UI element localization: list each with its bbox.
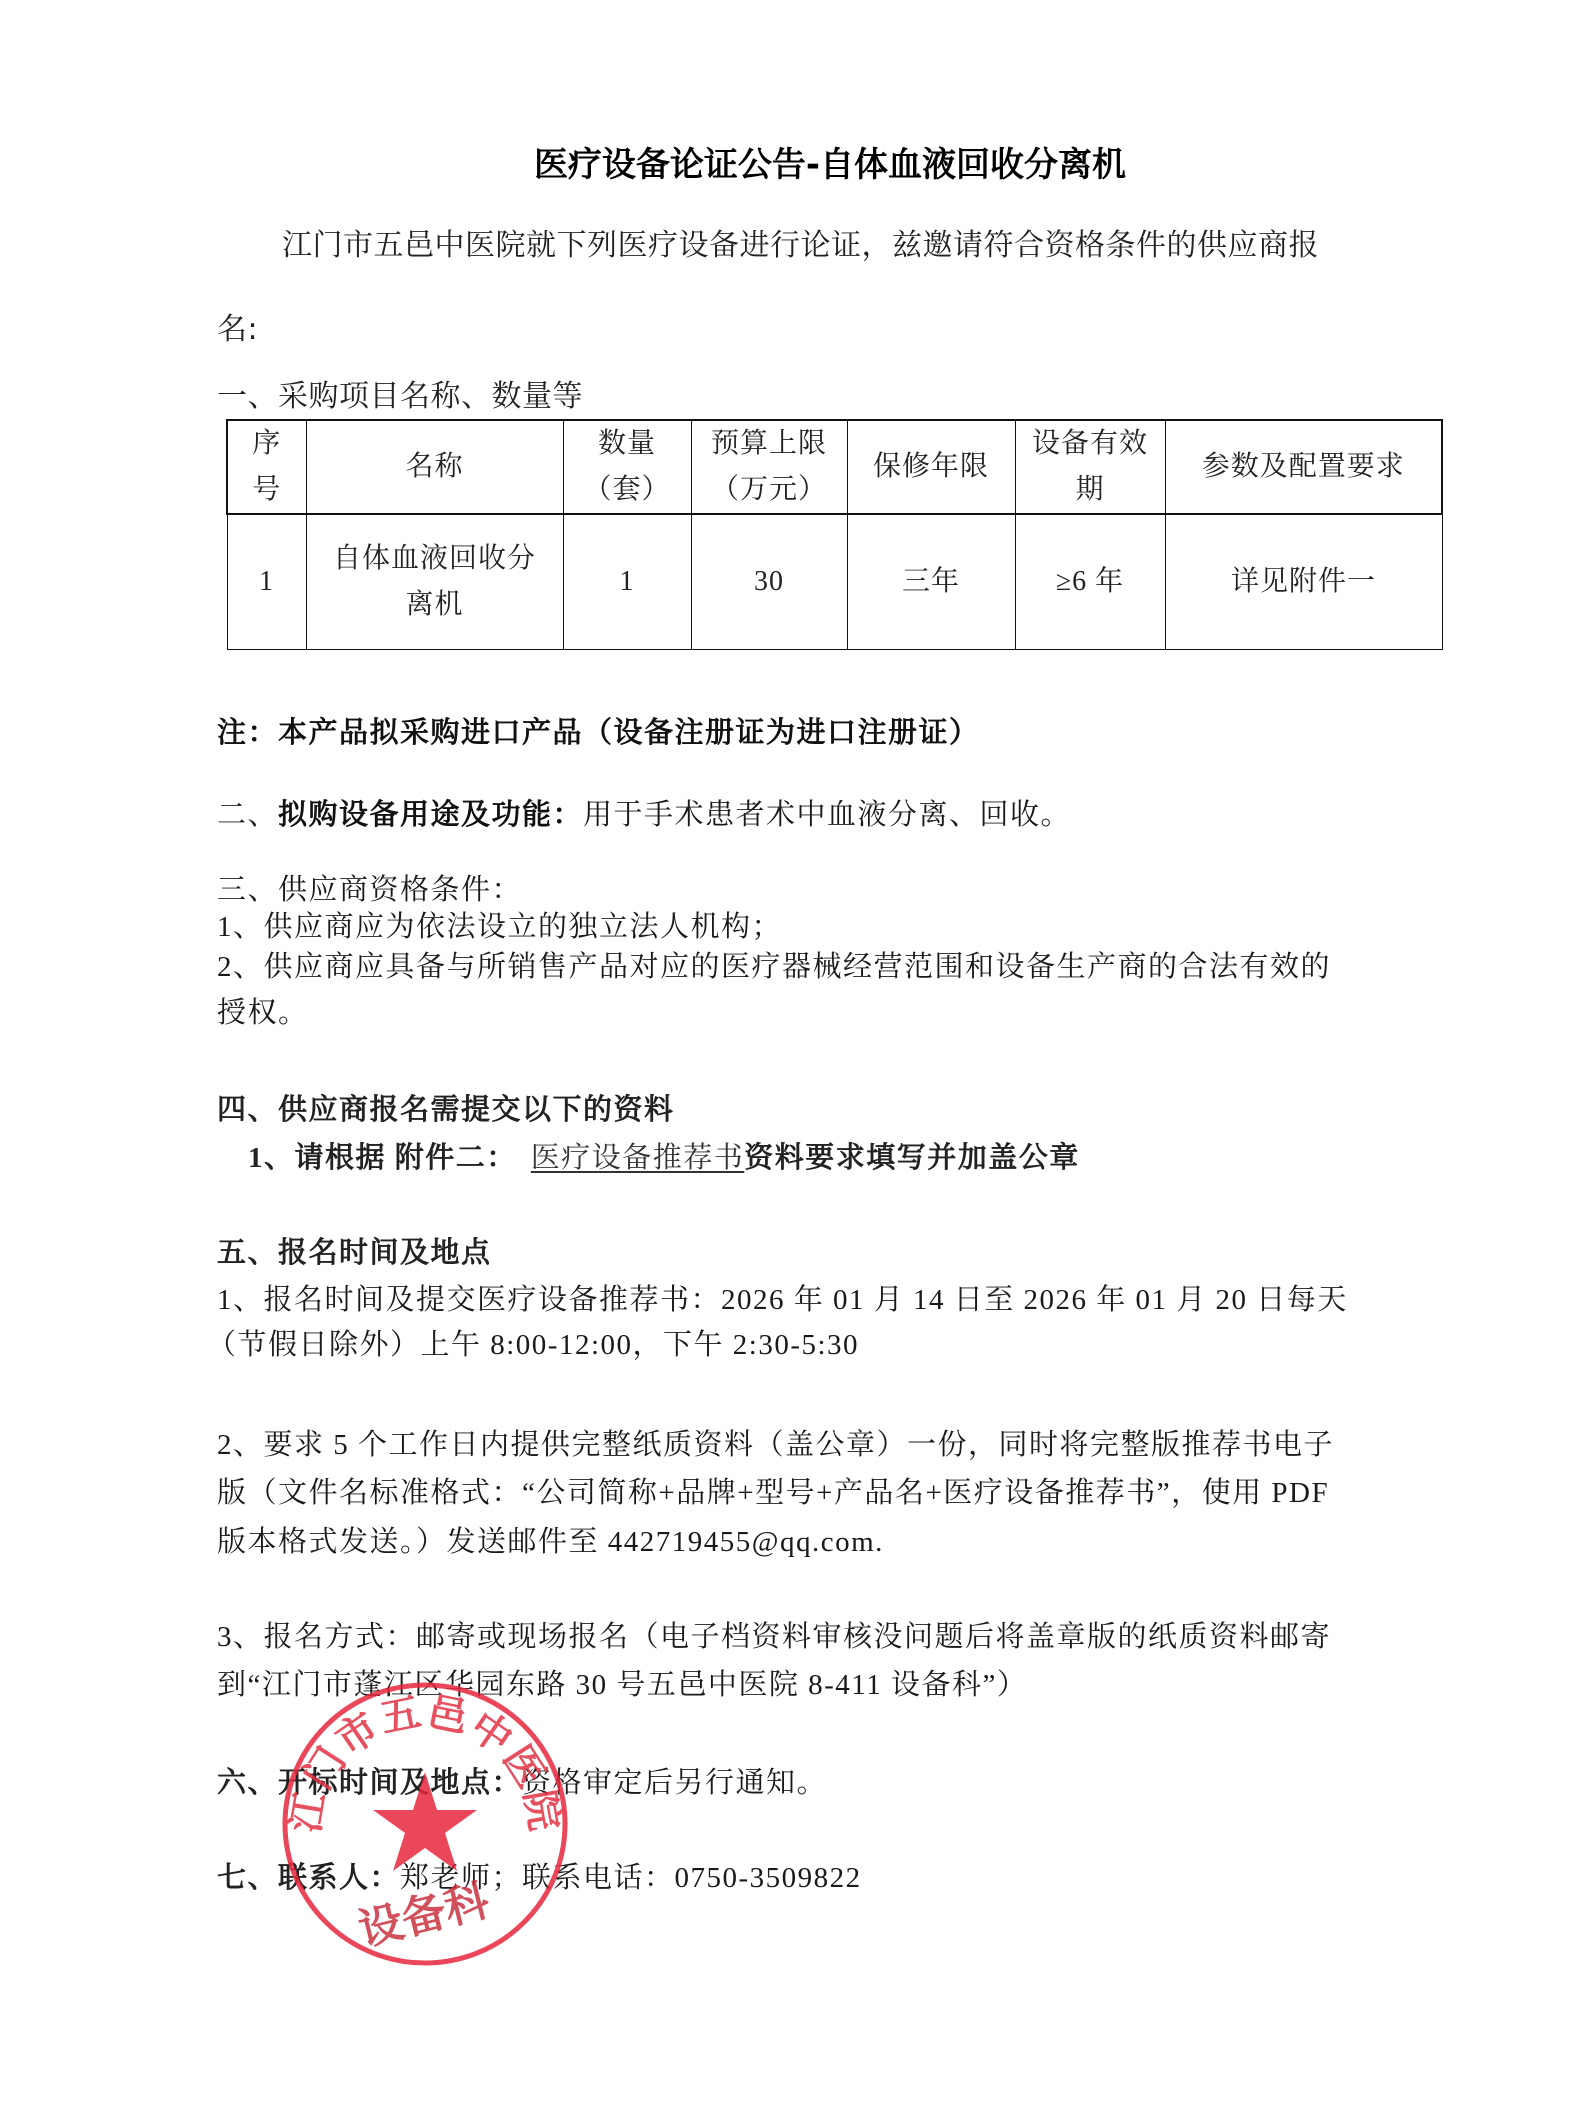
intro-text-line1: 江门市五邑中医院就下列医疗设备进行论证，兹邀请符合资格条件的供应商报 [282, 226, 1319, 266]
header-index-line1: 序 [252, 428, 281, 459]
section2-line: 二、拟购设备用途及功能：用于手术患者术中血液分离、回收。 [217, 795, 1071, 835]
procurement-table: 序号 名称 数量（套） 预算上限（万元） 保修年限 设备有效期 参数及配置要求 … [226, 419, 1443, 650]
header-warranty: 保修年限 [847, 420, 1015, 514]
section2-text: 用于手术患者术中血液分离、回收。 [583, 799, 1071, 831]
section3-item2: 2、供应商应具备与所销售产品对应的医疗器械经营范围和设备生产商的合法有效的 [217, 947, 1331, 987]
cell-validity: ≥6 年 [1015, 514, 1165, 650]
section3-item1: 1、供应商应为依法设立的独立法人机构； [217, 907, 782, 947]
section5-item2-line3: 版本格式发送。）发送邮件至 442719455@qq.com. [217, 1522, 884, 1562]
cell-name-line1: 自体血液回收分 [333, 543, 536, 574]
section2-prefix: 二、 [217, 799, 278, 831]
section4-item1: 1、请根据 附件二：医疗设备推荐书资料要求填写并加盖公章 [248, 1138, 1080, 1178]
section7-heading: 七、联系人： [217, 1862, 400, 1894]
intro-text-line2: 名: [217, 310, 258, 350]
section5-item2-line1: 2、要求 5 个工作日内提供完整纸质资料（盖公章）一份，同时将完整版推荐书电子 [217, 1425, 1334, 1465]
section5-item2-line2: 版（文件名标准格式：“公司简称+品牌+型号+产品名+医疗设备推荐书”，使用 PD… [217, 1473, 1329, 1513]
section5-item3-line1: 3、报名方式：邮寄或现场报名（电子档资料审核没问题后将盖章版的纸质资料邮寄 [217, 1617, 1331, 1657]
header-index: 序号 [227, 420, 306, 514]
header-quantity-line1: 数量 [598, 428, 656, 459]
cell-quantity: 1 [563, 514, 691, 650]
header-budget: 预算上限（万元） [691, 420, 847, 514]
cell-index: 1 [227, 514, 306, 650]
header-index-line2: 号 [252, 474, 281, 505]
section6-heading: 六、开标时间及地点： [217, 1767, 522, 1799]
section3-item2-cont: 授权。 [217, 993, 309, 1033]
header-validity-line2: 期 [1075, 474, 1104, 505]
header-quantity-line2: （套） [583, 474, 670, 505]
section5-heading: 五、报名时间及地点 [217, 1233, 492, 1273]
header-quantity: 数量（套） [563, 420, 691, 514]
cell-warranty: 三年 [847, 514, 1015, 650]
section4-item-prefix: 1、请根据 附件二： [248, 1142, 517, 1174]
section5-item1-line2: （节假日除外）上午 8:00-12:00，下午 2:30-5:30 [207, 1325, 859, 1365]
cell-requirements: 详见附件一 [1165, 514, 1442, 650]
section5-item3-line2: 到“江门市蓬江区华园东路 30 号五邑中医院 8-411 设备科”） [217, 1665, 1027, 1705]
cell-name-line2: 离机 [405, 589, 463, 620]
header-warranty-label: 保修年限 [873, 451, 989, 482]
cell-name: 自体血液回收分离机 [306, 514, 563, 650]
section7-text: 郑老师；联系电话：0750-3509822 [400, 1862, 862, 1894]
header-name: 名称 [306, 420, 563, 514]
section7-line: 七、联系人：郑老师；联系电话：0750-3509822 [217, 1858, 862, 1898]
section4-heading: 四、供应商报名需提交以下的资料 [217, 1090, 675, 1130]
header-requirements-label: 参数及配置要求 [1202, 451, 1405, 482]
header-requirements: 参数及配置要求 [1165, 420, 1442, 514]
import-note: 注：本产品拟采购进口产品（设备注册证为进口注册证） [217, 713, 980, 753]
section3-heading: 三、供应商资格条件： [217, 870, 522, 910]
section2-heading: 拟购设备用途及功能： [278, 799, 583, 831]
recommendation-form-link[interactable]: 医疗设备推荐书 [531, 1142, 745, 1174]
section1-heading: 一、采购项目名称、数量等 [217, 377, 583, 417]
section5-item1-line1: 1、报名时间及提交医疗设备推荐书：2026 年 01 月 14 日至 2026 … [217, 1280, 1348, 1320]
header-budget-line1: 预算上限 [711, 428, 827, 459]
section4-item-suffix: 资料要求填写并加盖公章 [744, 1142, 1080, 1174]
document-title: 医疗设备论证公告-自体血液回收分离机 [0, 140, 1587, 190]
table-header-row: 序号 名称 数量（套） 预算上限（万元） 保修年限 设备有效期 参数及配置要求 [227, 420, 1442, 514]
header-budget-line2: （万元） [711, 474, 827, 505]
header-validity-line1: 设备有效 [1032, 428, 1148, 459]
section6-line: 六、开标时间及地点：资格审定后另行通知。 [217, 1763, 827, 1803]
official-seal-stamp: 江门市五邑中医院 设备科 [280, 1680, 570, 1968]
cell-budget: 30 [691, 514, 847, 650]
header-validity: 设备有效期 [1015, 420, 1165, 514]
header-name-label: 名称 [405, 451, 463, 482]
section6-text: 资格审定后另行通知。 [522, 1767, 827, 1799]
table-row: 1 自体血液回收分离机 1 30 三年 ≥6 年 详见附件一 [227, 514, 1442, 650]
